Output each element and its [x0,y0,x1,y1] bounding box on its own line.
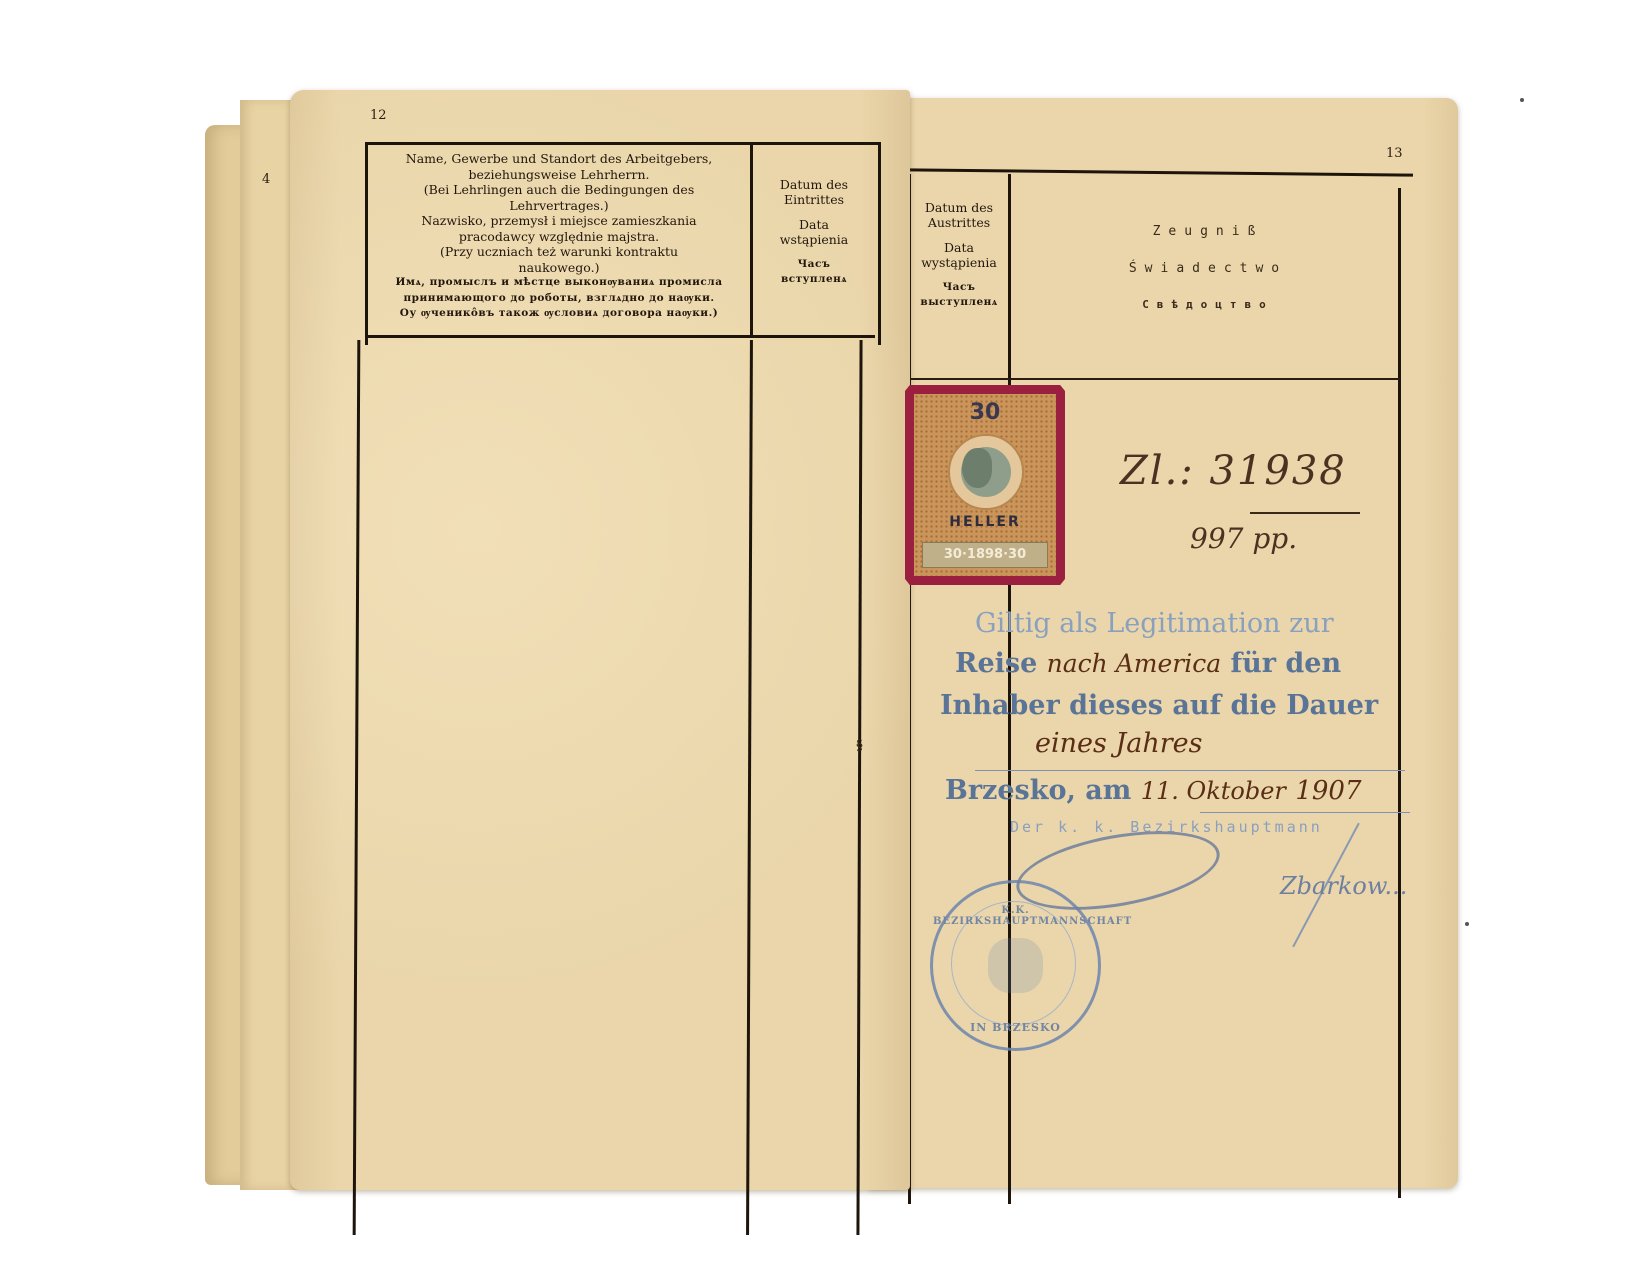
handwritten-destination: nach America [1047,649,1221,678]
handwritten-date: 11. Oktober [1141,777,1286,805]
header-bottom-rule [910,378,1400,380]
seal-bottom-text: IN BRZESKO [933,1021,1098,1034]
signature: Zbarkow... [1280,872,1407,900]
header-ruthenian-line: Часъ [910,280,1008,295]
entry-date-column-header: Datum des Eintrittes Data wstąpienia Час… [753,145,875,338]
reference-sub-number: 997 pp. [1190,522,1297,555]
header-german-line: Datum des [753,177,875,192]
header-german-line: Eintrittes [753,192,875,207]
emperor-portrait-icon [962,448,992,488]
reference-number: Zl.: 31938 [1120,448,1347,494]
header-ruthenian-line: вступленѧ [753,272,875,287]
reference-underline [1250,512,1360,514]
header-polish-line: Nazwisko, przemysł i miejsce zamieszkani… [368,213,750,229]
header-german-line: Name, Gewerbe und Standort des Arbeitgeb… [368,151,750,167]
employer-table-header: Name, Gewerbe und Standort des Arbeitgeb… [365,142,881,345]
header-german-line: Zeugniß [1018,224,1398,239]
table-rule-right [856,340,862,1235]
header-german-line: Lehrvertrages.) [368,198,750,214]
header-ruthenian-line: Часъ [753,257,875,272]
handwritten-year: 1907 [1295,776,1361,806]
header-polish-line: wystąpienia [910,255,1008,270]
header-polish-line: naukowego.) [368,260,750,276]
page-number-right: 13 [1386,146,1403,161]
header-polish-line: (Przy uczniach też warunki kontraktu [368,244,750,260]
speck [1465,922,1469,926]
table-top-rule [908,168,1413,176]
revenue-stamp: 30 HELLER 30·1898·30 [905,385,1065,585]
certificate-column-header: Zeugniß Świadectwo Свѣдоцтво [1018,224,1398,311]
stamp-unit: HELLER [914,514,1056,530]
stamp-text: Reise [955,648,1037,679]
endorsement-line-2: Reise nach America für den [955,648,1341,679]
speck [1520,98,1524,102]
header-polish-line: wstąpienia [753,232,875,247]
binding-thread-mark: § [856,738,863,754]
table-rule-middle [746,340,753,1235]
header-ruthenian-line: Свѣдоцтво [1018,298,1398,311]
stamp-text: für den [1231,648,1342,679]
stamp-place: Brzesko, am [945,775,1131,806]
header-polish-line: Data [910,240,1008,255]
endorsement-line-3: Inhaber dieses auf die Dauer [940,690,1378,721]
page-number-left: 12 [370,108,387,123]
endorsement-line-5: Brzesko, am 11. Oktober 1907 [945,775,1361,806]
double-eagle-icon [988,938,1043,993]
header-polish-line: pracodawcy względnie majstra. [368,229,750,245]
stub-page-number: 4 [262,172,270,187]
header-german-line: Austrittes [910,215,1008,230]
header-german-line: beziehungsweise Lehrherrn. [368,167,750,183]
stamp-year-strip: 30·1898·30 [922,542,1048,568]
table-rule-left [353,340,361,1235]
employer-column-header: Name, Gewerbe und Standort des Arbeitgeb… [368,145,753,338]
stamp-value: 30 [914,400,1056,425]
endorsement-rule [975,770,1405,771]
date-rule [1200,812,1410,813]
exit-date-column-header: Datum des Austrittes Data wystąpienia Ча… [910,200,1008,310]
table-rule-right [1398,188,1401,1198]
header-ruthenian-line: принимающого до роботы, взглѧдно до наѹк… [368,291,750,307]
header-german-line: Datum des [910,200,1008,215]
handwritten-duration: eines Jahres [1035,728,1202,759]
header-ruthenian-line: Имѧ, промыслъ и мѣстце выконѹваниѧ проми… [368,275,750,291]
header-polish-line: Data [753,217,875,232]
header-german-line: (Bei Lehrlingen auch die Bedingungen des [368,182,750,198]
endorsement-line-1: Giltig als Legitimation zur [975,608,1334,639]
left-page: 12 Name, Gewerbe und Standort des Arbeit… [290,90,910,1190]
header-ruthenian-line: выступленѧ [910,295,1008,310]
header-polish-line: Świadectwo [1018,261,1398,276]
header-ruthenian-line: Оу ѹченикôвъ також ѹсловиѧ договора наѹк… [368,306,750,322]
